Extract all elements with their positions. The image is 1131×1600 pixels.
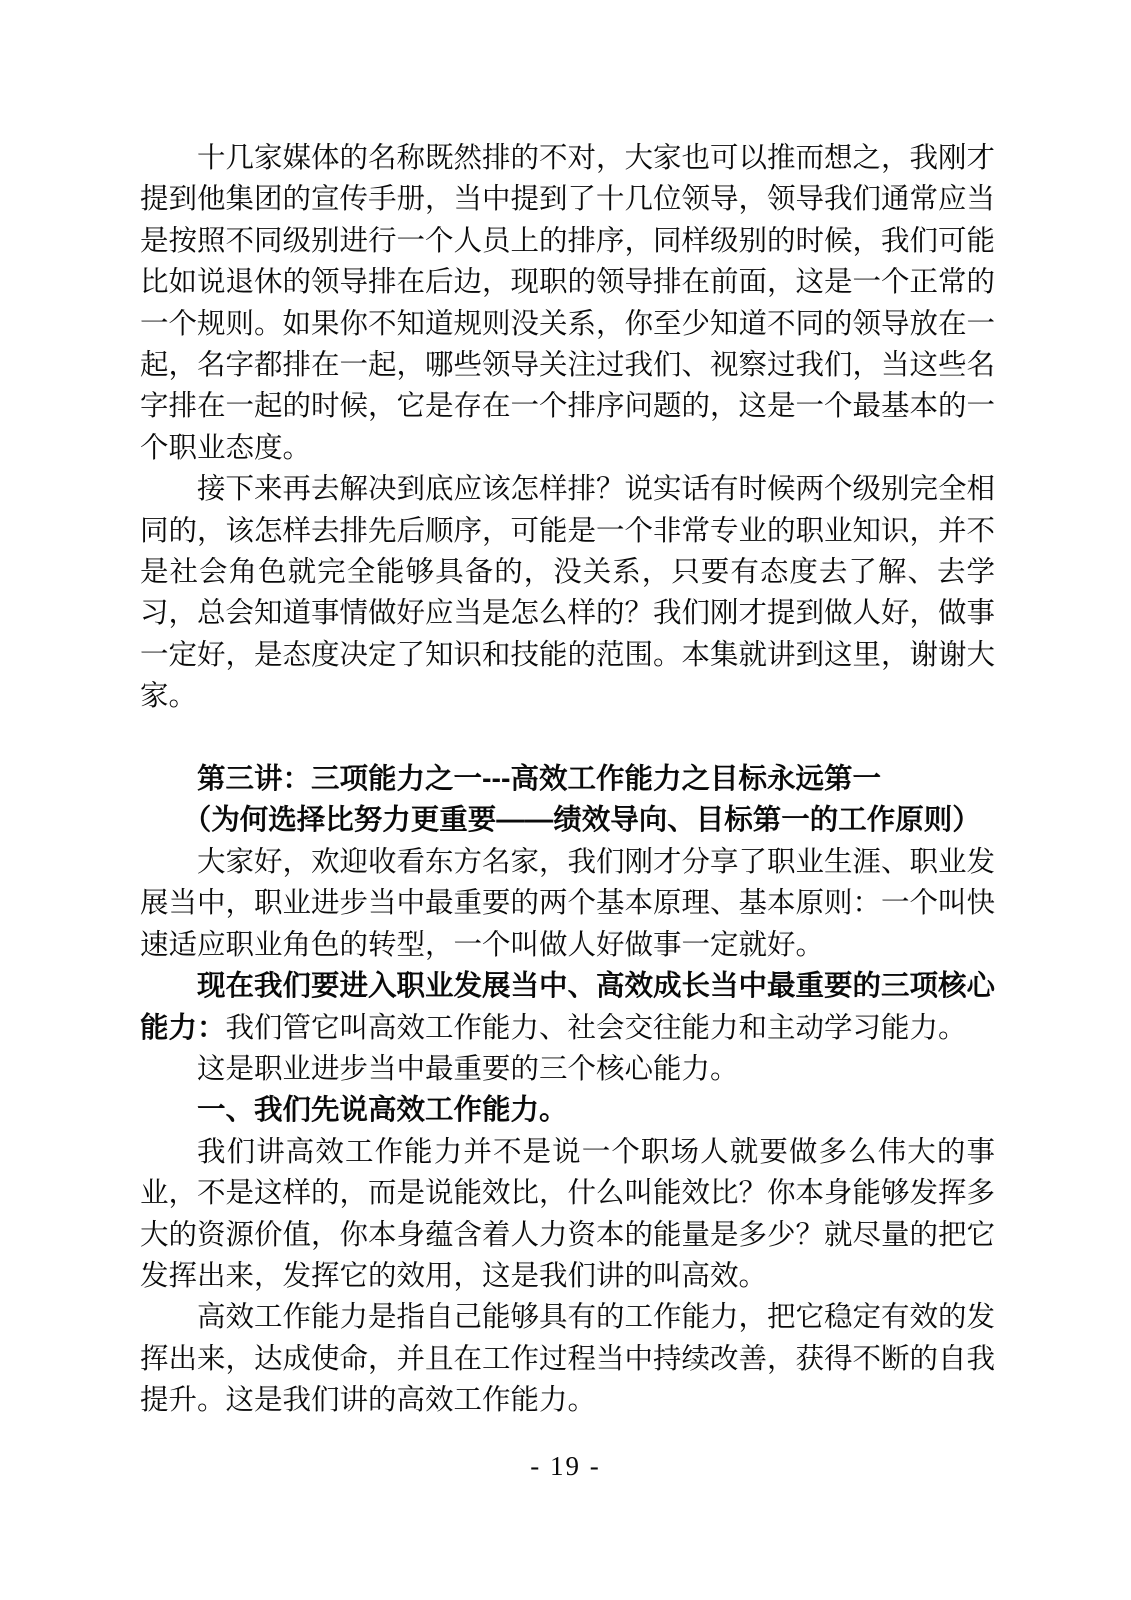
paragraph-efficient-work-definition: 高效工作能力是指自己能够具有的工作能力，把它稳定有效的发挥出来，达成使命，并且在… (140, 1297, 995, 1421)
section-heading-efficient-work: 一、我们先说高效工作能力。 (140, 1090, 995, 1131)
chapter-subheading: （为何选择比努力更重要——绩效导向、目标第一的工作原则） (140, 800, 995, 841)
chapter-heading: 第三讲：三项能力之一---高效工作能力之目标永远第一 (140, 759, 995, 800)
document-body: 十几家媒体的名称既然排的不对，大家也可以推而想之，我刚才提到他集团的宣传手册，当… (140, 138, 995, 1422)
paragraph-greeting: 大家好，欢迎收看东方名家，我们刚才分享了职业生涯、职业发展当中，职业进步当中最重… (140, 842, 995, 966)
paragraph-media-ranking: 十几家媒体的名称既然排的不对，大家也可以推而想之，我刚才提到他集团的宣传手册，当… (140, 138, 995, 469)
paragraph-how-to-rank: 接下来再去解决到底应该怎样排？说实话有时候两个级别完全相同的，该怎样去排先后顺序… (140, 469, 995, 717)
paragraph-regular-tail: 我们管它叫高效工作能力、社会交往能力和主动学习能力。 (226, 1013, 967, 1044)
paragraph-efficiency-ratio: 我们讲高效工作能力并不是说一个职场人就要做多么伟大的事业，不是这样的，而是说能效… (140, 1132, 995, 1298)
paragraph-core-abilities-summary: 这是职业进步当中最重要的三个核心能力。 (140, 1049, 995, 1090)
document-page: 十几家媒体的名称既然排的不对，大家也可以推而想之，我刚才提到他集团的宣传手册，当… (0, 0, 1131, 1600)
page-footer: - 19 - (0, 1448, 1131, 1484)
paragraph-three-core-abilities: 现在我们要进入职业发展当中、高效成长当中最重要的三项核心能力：我们管它叫高效工作… (140, 966, 995, 1049)
page-number: - 19 - (530, 1451, 600, 1481)
